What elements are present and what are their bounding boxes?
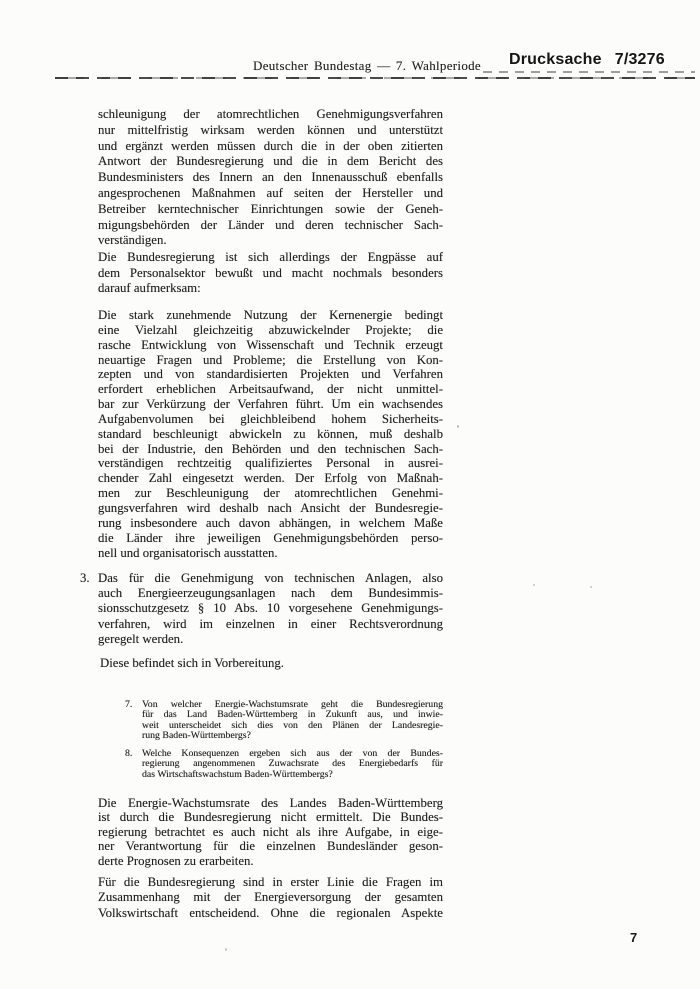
scan-speck <box>457 425 459 428</box>
header-rule-secondary <box>483 71 695 73</box>
question-text: Von welcher Energie-Wachstumsrate geht d… <box>142 700 443 741</box>
question-8: 8. Welche Konsequenzen ergeben sich aus … <box>125 749 443 780</box>
header-rule <box>55 77 695 79</box>
item-text: Das für die Genehmigung von technischen … <box>98 571 443 647</box>
scan-speck <box>225 948 227 951</box>
paragraph-wachstumsrate: Die Energie-Wachstumsrate des Landes Bad… <box>98 796 443 868</box>
question-number: 8. <box>125 749 132 759</box>
drucksache-number: 7/3276 <box>615 51 665 68</box>
drucksache-label: Drucksache <box>509 51 602 68</box>
item-number: 3. <box>80 571 90 586</box>
question-text: Welche Konsequenzen ergeben sich aus der… <box>142 749 443 780</box>
paragraph-gesamtwirtschaft: Für die Bundesregierung sind in erster L… <box>98 875 443 921</box>
question-number: 7. <box>125 700 132 710</box>
paragraph-continuation: schleunigung der atomrechtlichen Genehmi… <box>98 107 443 249</box>
paragraph-kernenergie: Die stark zunehmende Nutzung der Kernene… <box>98 308 443 560</box>
scan-speck <box>590 586 592 588</box>
item-3-followup: Diese befindet sich in Vorbereitung. <box>100 656 445 671</box>
header-journal-title: Deutscher Bundestag — 7. Wahlperiode <box>253 58 481 74</box>
question-7: 7. Von welcher Energie-Wachstumsrate geh… <box>125 700 443 741</box>
scan-speck <box>533 584 535 586</box>
document-page: Deutscher Bundestag — 7. Wahlperiode Dru… <box>0 0 700 989</box>
header-drucksache: Drucksache7/3276 <box>509 51 665 69</box>
page-number: 7 <box>630 930 637 945</box>
paragraph-personnel-intro: Die Bundesregierung ist sich allerdings … <box>98 250 443 297</box>
numbered-item-3: 3. Das für die Genehmigung von technisch… <box>80 571 443 647</box>
